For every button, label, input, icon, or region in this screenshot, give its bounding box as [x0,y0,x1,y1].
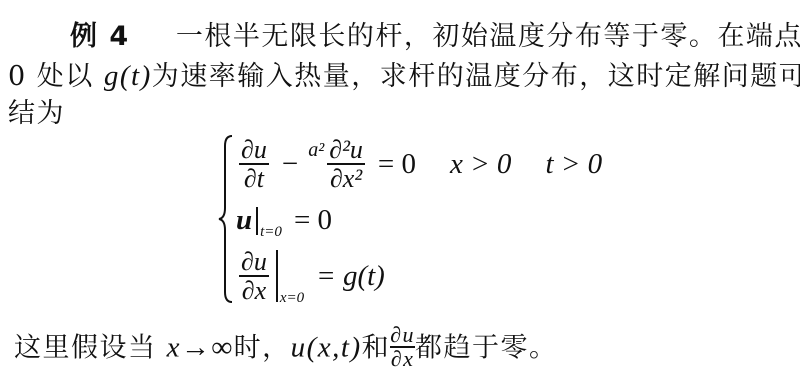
variable-u: u [236,204,252,237]
evaluation-bar [256,207,258,235]
boundary-condition: ∂u ∂x x=0 = g(t) [236,248,385,304]
denominator: ∂x [391,348,415,369]
denominator: ∂x² [328,165,364,192]
denominator: ∂x [240,277,268,304]
partial-u-x-fraction: ∂u ∂x [239,248,269,304]
numerator: ∂²u [327,136,365,163]
example-label: 例 4 [70,21,130,52]
heat-equation: ∂u ∂t − a² ∂²u ∂x² = 0 x > 0 t > 0 [236,136,602,192]
partial-u-x-fraction: ∂u ∂x [390,324,415,369]
paragraph-line-1: 例 4 一根半无限长的杆，初始温度分布等于零。在端点 x= [70,22,800,51]
function-g-t: g(t) [104,60,152,92]
closing-text: 都趋于零。 [415,332,558,363]
minus-sign: − [282,148,298,181]
denominator: ∂t [242,165,266,192]
partial-u-t-fraction: ∂u ∂t [239,136,269,192]
equation-rhs: = 0 [294,204,332,237]
initial-condition: u t=0 = 0 [236,204,332,237]
paragraph-text: 一根半无限长的杆，初始温度分布等于零。在端点 [176,21,800,52]
paragraph-text: 结为 [8,98,65,129]
limit-expression: x→∞ [167,331,234,363]
paragraph-line-2: 0 处以 g(t)为速率输入热量，求杆的温度分布，这时定解问题可归 [8,62,800,91]
closing-line: 这里假设当 x→∞时，u(x,t)和 ∂u ∂x 都趋于零。 [14,326,558,369]
subscript: x=0 [280,290,304,307]
numerator: ∂u [239,136,269,163]
equation-system: ∂u ∂t − a² ∂²u ∂x² = 0 x > 0 t > 0 u t=0… [218,134,618,310]
subscript: t=0 [260,224,282,241]
second-partial-u-x-fraction: ∂²u ∂x² [327,136,365,192]
function-u-x-t: u(x,t) [291,331,362,363]
numerator: ∂u [239,248,269,275]
paragraph-text: 为速率输入热量，求杆的温度分布，这时定解问题可归 [152,61,800,92]
equation-rhs: = g(t) [316,260,385,293]
evaluation-bar [276,250,278,302]
coefficient: a² [308,139,324,162]
left-brace-icon [218,134,234,304]
closing-text: 和 [362,332,391,363]
closing-text: 这里假设当 [14,332,157,363]
closing-text: 时， [234,332,291,363]
paragraph-text: 0 处以 [8,61,94,92]
numerator: ∂u [390,324,415,346]
condition-t: t > 0 [545,148,602,181]
equation-rhs: = 0 [378,148,416,181]
condition-x: x > 0 [450,148,511,181]
paragraph-line-3: 结为 [8,100,65,127]
